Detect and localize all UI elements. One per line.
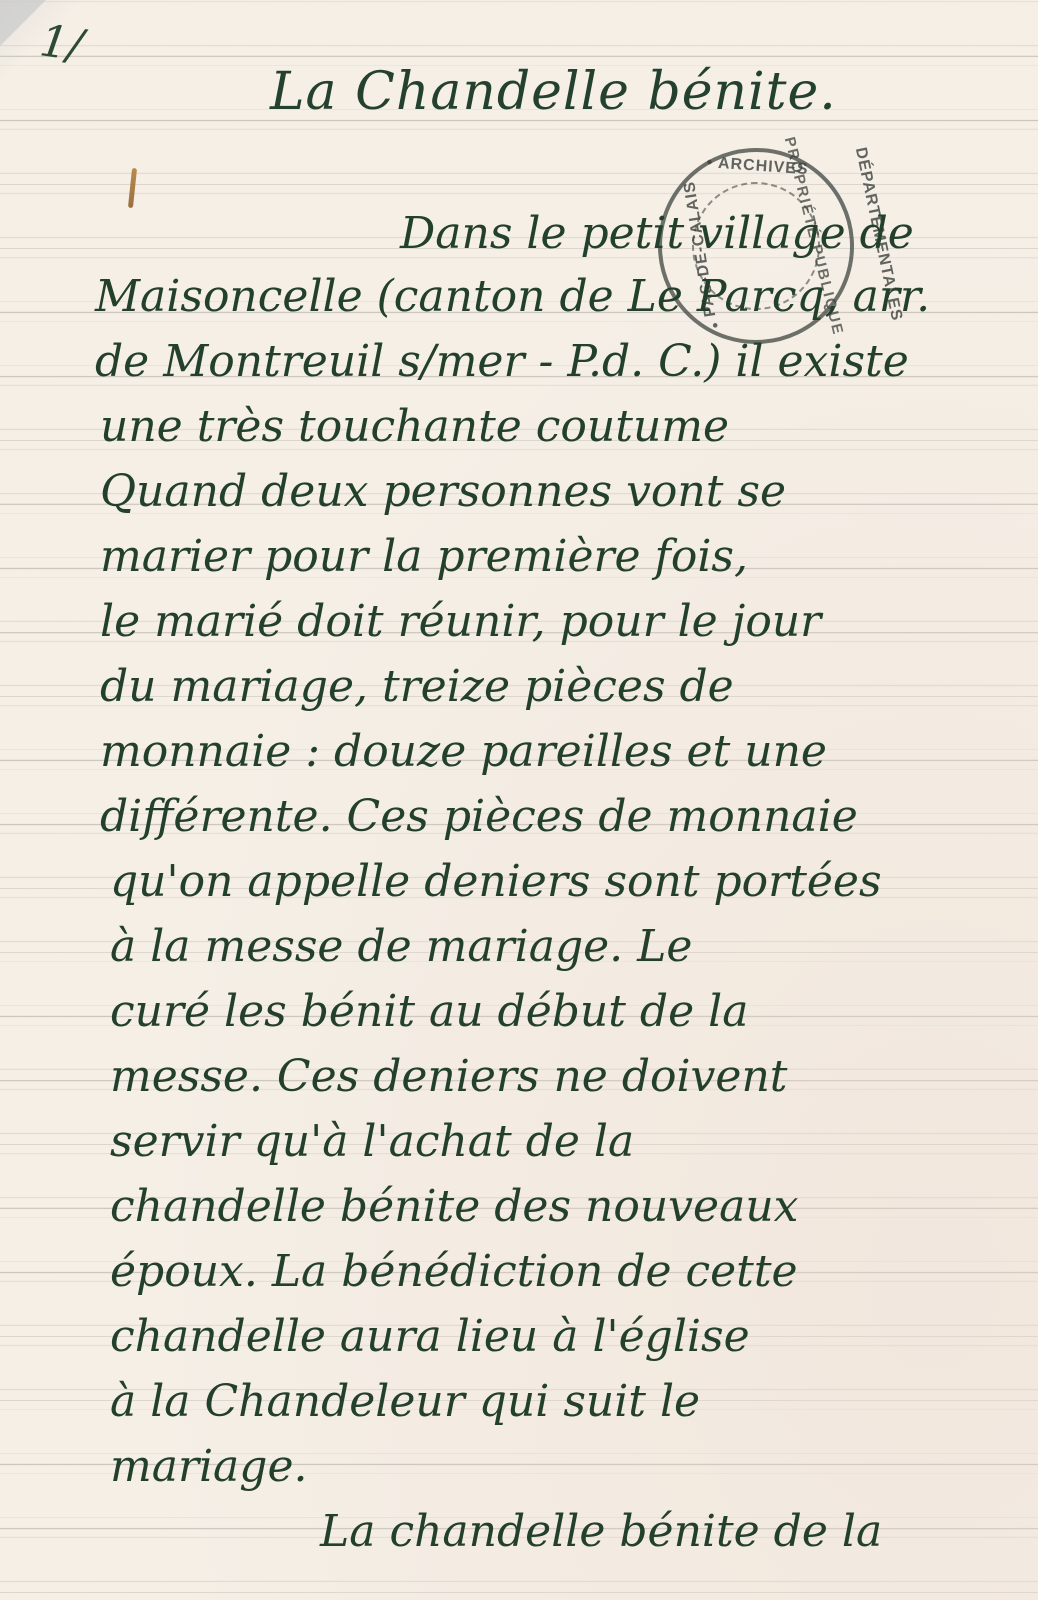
text-line: différente. Ces pièces de monnaie [100,795,858,839]
text-line: chandelle bénite des nouveaux [110,1185,798,1229]
text-line: du mariage, treize pièces de [100,665,734,709]
text-line: servir qu'à l'achat de la [110,1120,634,1164]
folded-corner [0,0,46,46]
text-line: monnaie : douze pareilles et une [100,730,827,774]
text-line: marier pour la première fois, [100,535,748,579]
text-line: une très touchante coutume [100,405,729,449]
manuscript-page: 1/ La Chandelle bénite. • ARCHIVES DÉPAR… [0,0,1038,1600]
text-line: à la messe de mariage. Le [110,925,692,969]
text-line: le marié doit réunir, pour le jour [100,600,821,644]
text-line: de Montreuil s/mer - P.d. C.) il existe [95,340,909,384]
text-line: messe. Ces deniers ne doivent [110,1055,787,1099]
page-title: La Chandelle bénite. [270,62,837,122]
text-line: La chandelle bénite de la [320,1510,882,1554]
text-line: curé les bénit au début de la [110,990,748,1034]
ink-stain [128,168,137,208]
text-line: époux. La bénédiction de cette [110,1250,798,1294]
text-line: Maisoncelle (canton de Le Parcq, arr. [95,275,930,319]
text-line: qu'on appelle deniers sont portées [110,860,882,904]
page-number: 1/ [37,15,87,71]
text-line: à la Chandeleur qui suit le [110,1380,700,1424]
text-line: mariage. [110,1445,307,1489]
text-line: Quand deux personnes vont se [100,470,786,514]
text-line: chandelle aura lieu à l'église [110,1315,750,1359]
text-line: Dans le petit village de [400,212,914,256]
